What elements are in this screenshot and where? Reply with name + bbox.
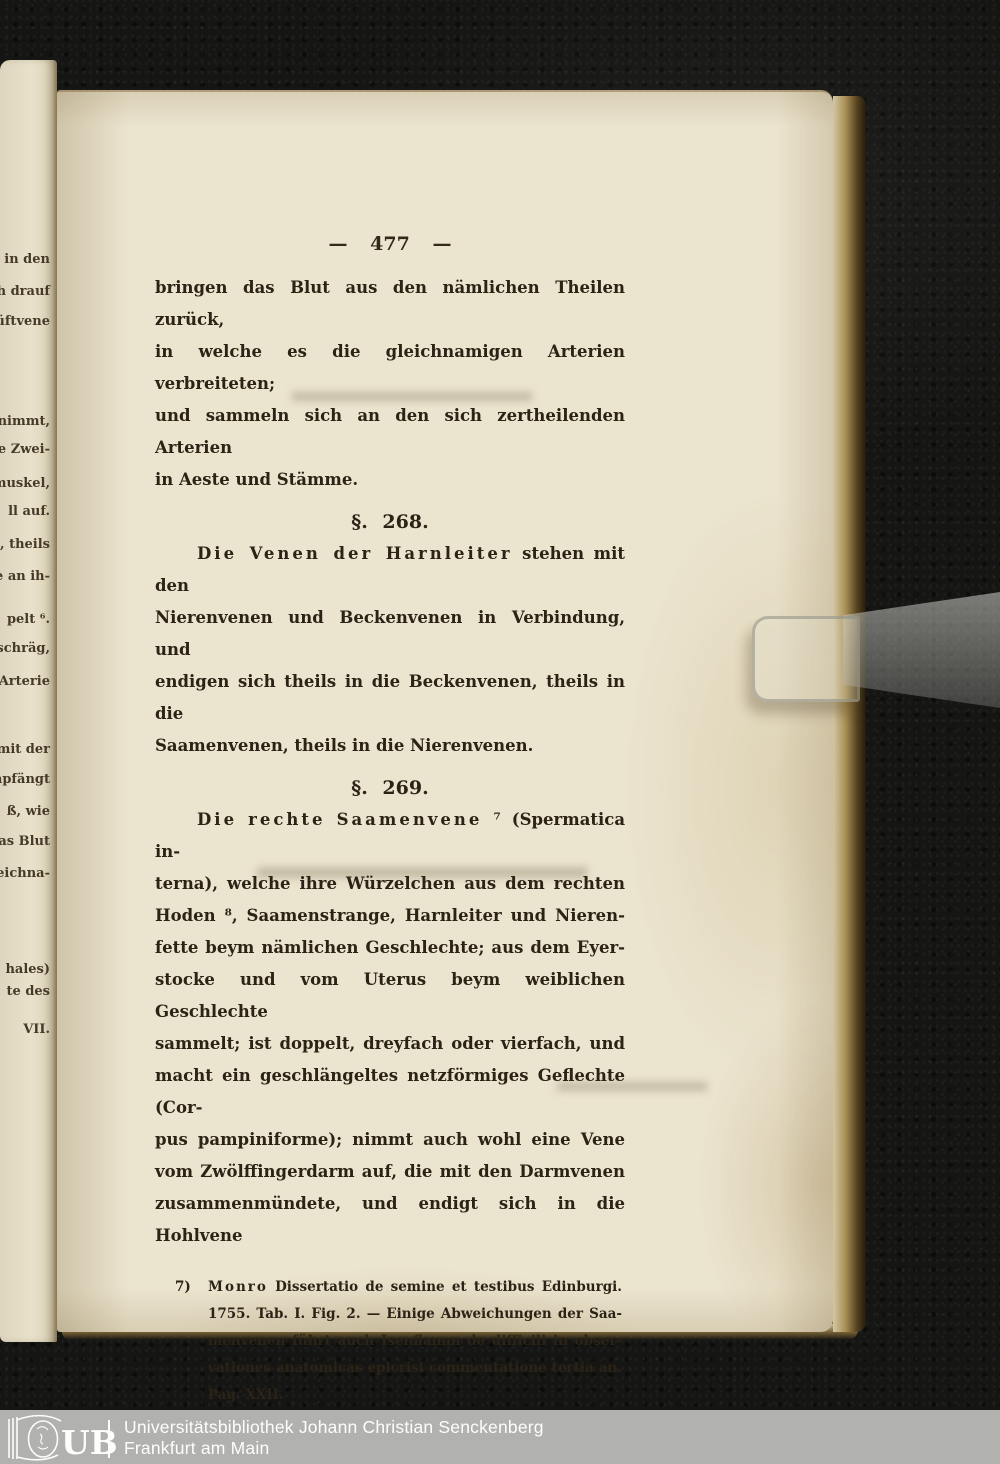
adjacent-page-text-fragment: hales) (5, 962, 50, 978)
adjacent-page-text-fragment: ch in den (0, 252, 50, 268)
section-heading-269: §. 269. (155, 772, 625, 804)
page-holder-strip (843, 592, 1000, 708)
adjacent-page-text-fragment: e an ih- (0, 569, 50, 585)
header-dash: — (329, 233, 348, 255)
emphasized-spaced-text: Die Venen der Harnleiter (197, 544, 513, 563)
adjacent-page-text-fragment: leichna- (0, 866, 50, 882)
page-fore-edge (833, 96, 866, 1332)
text-line: Hoden ⁸, Saamenstrange, Harnleiter und N… (155, 900, 625, 932)
adjacent-page-text-fragment: üftvene (0, 314, 50, 330)
text-line: menvenen führt auch Isenflamm de diffici… (208, 1328, 622, 1355)
adjacent-page-text-fragment: npfängt (0, 772, 50, 788)
adjacent-page-text-fragment: nere Zwei- (0, 442, 50, 458)
page-number: 477 (370, 233, 410, 255)
text-line: vom Zwölffingerdarm auf, die mit den Dar… (155, 1156, 625, 1188)
emphasized-spaced-text: Monro (208, 1279, 268, 1295)
paragraph-continuation: bringen das Blut aus den nämlichen Theil… (155, 272, 625, 496)
text-line: macht ein geschlängeltes netzförmiges Ge… (155, 1060, 625, 1124)
library-name: Universitätsbibliothek Johann Christian … (124, 1417, 544, 1459)
paragraph-268: Die Venen der Harnleiter stehen mit den … (155, 538, 625, 762)
text-line: Monro Dissertatio de semine et testibus … (208, 1274, 622, 1301)
text-line: 1755. Tab. I. Fig. 2. — Einige Abweichun… (208, 1301, 622, 1328)
text-line: pus pampiniforme); nimmt auch wohl eine … (155, 1124, 625, 1156)
adjacent-page-text-fragment: schräg, (0, 641, 50, 657)
text-line: und sammeln sich an den sich zertheilend… (155, 400, 625, 464)
text-line: Nierenvenen und Beckenvenen in Verbindun… (155, 602, 625, 666)
text-line: Pag. XXII. (208, 1382, 622, 1409)
text-line: fette beym nämlichen Geschlechte; aus de… (155, 932, 625, 964)
footnote-7: 7) Monro Dissertatio de semine et testib… (208, 1274, 622, 1409)
adjacent-page-text-fragment: Arterie (0, 674, 50, 690)
adjacent-page-text-fragment: mit der (0, 742, 50, 758)
adjacent-page-text-fragment: pelt ⁶. (7, 612, 50, 628)
text-line: Die rechte Saamenvene ⁷ (Spermatica in- (155, 804, 625, 868)
page-number-header: — 477 — (155, 228, 625, 260)
text-line: Die Venen der Harnleiter stehen mit den (155, 538, 625, 602)
logo-separator (108, 1420, 110, 1458)
adjacent-page-text-fragment: , theils (0, 537, 50, 553)
goethe-portrait-face (37, 1427, 48, 1449)
book-page: — 477 — bringen das Blut aus den nämlich… (57, 90, 833, 1332)
library-name-line2: Frankfurt am Main (124, 1438, 544, 1459)
footnote-marker: 7) (175, 1274, 191, 1301)
adjacent-page-edge: ch in den leich drauf üftvene ) nimmt, n… (0, 60, 57, 1342)
text-line: endigen sich theils in die Beckenvenen, … (155, 666, 625, 730)
text-line: Saamenvenen, theils in die Nierenvenen. (155, 730, 625, 762)
adjacent-page-text-fragment: ß, wie (7, 804, 50, 820)
text-line: in Aeste und Stämme. (155, 464, 625, 496)
text-line: in welche es die gleichnamigen Arterien … (155, 336, 625, 400)
logo-initials: UB (61, 1423, 116, 1461)
text-line: zusammenmündete, und endigt sich in die … (155, 1188, 625, 1252)
section-heading-268: §. 268. (155, 506, 625, 538)
adjacent-page-text-fragment: as Blut (0, 834, 50, 850)
adjacent-page-text-fragment: enmuskel, (0, 476, 50, 492)
text-line: stocke und vom Uterus beym weiblichen Ge… (155, 964, 625, 1028)
book-scan-photo: ch in den leich drauf üftvene ) nimmt, n… (0, 0, 1000, 1464)
adjacent-page-text-fragment: VII. (23, 1022, 50, 1038)
adjacent-page-text-fragment: leich drauf (0, 284, 50, 300)
text-line: vationes anatomicas epicrisi commentatio… (208, 1355, 622, 1382)
text-line: terna), welche ihre Würzelchen aus dem r… (155, 868, 625, 900)
library-name-line1: Universitätsbibliothek Johann Christian … (124, 1417, 544, 1438)
text-fragment: Dissertatio de semine et testibus Edinbu… (275, 1279, 622, 1295)
adjacent-page-text-fragment: ) nimmt, (0, 414, 50, 430)
adjacent-page-text-fragment: ll auf. (8, 504, 50, 520)
text-block: — 477 — bringen das Blut aus den nämlich… (155, 228, 625, 1464)
text-line: sammelt; ist doppelt, dreyfach oder vier… (155, 1028, 625, 1060)
page-holder-clip (752, 616, 860, 702)
paragraph-269: Die rechte Saamenvene ⁷ (Spermatica in- … (155, 804, 625, 1252)
text-line: bringen das Blut aus den nämlichen Theil… (155, 272, 625, 336)
adjacent-page-text-fragment: te des (7, 984, 50, 1000)
emphasized-spaced-text: Die rechte Saamenvene ⁷ (197, 810, 504, 829)
library-watermark-bar: UB Universitätsbibliothek Johann Christi… (0, 1410, 1000, 1464)
ub-library-logo: UB (6, 1413, 116, 1461)
header-dash: — (432, 233, 451, 255)
